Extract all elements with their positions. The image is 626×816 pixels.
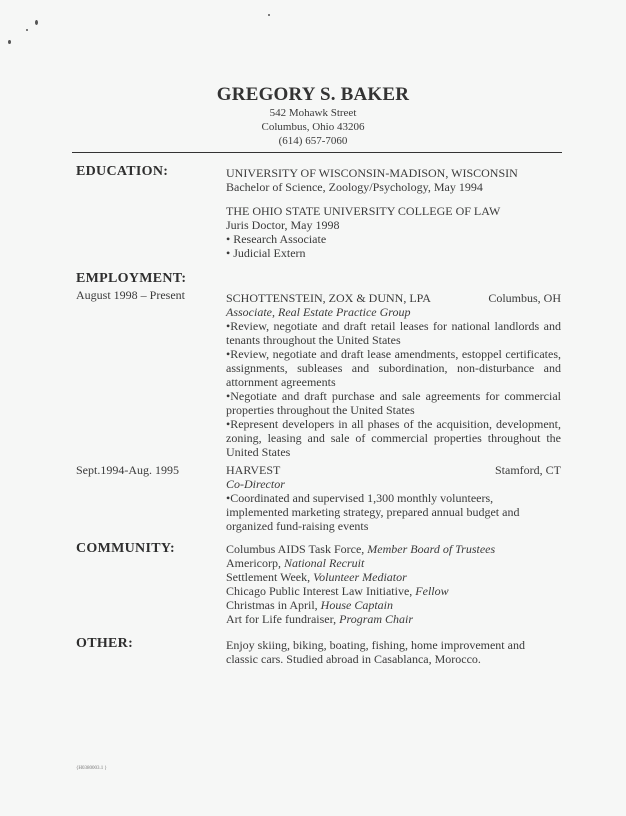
scan-speck [8,40,11,44]
community-list: Columbus AIDS Task Force, Member Board o… [226,542,561,626]
section-title-other: OTHER: [76,636,133,652]
job-role: Associate, Real Estate Practice Group [226,305,561,319]
candidate-name: GREGORY S. BAKER [0,84,626,106]
job-bullet: •Review, negotiate and draft lease amend… [226,347,561,389]
section-title-education: EDUCATION: [76,164,168,180]
resume-header: GREGORY S. BAKER 542 Mohawk Street Colum… [0,84,626,148]
education-block: UNIVERSITY OF WISCONSIN-MADISON, WISCONS… [226,166,561,260]
scan-speck [26,29,28,31]
employer-name: HARVEST [226,463,280,477]
community-item: Art for Life fundraiser, Program Chair [226,612,561,626]
community-item: Settlement Week, Volunteer Mediator [226,570,561,584]
document-code: {H0380003.1 } [76,766,107,771]
community-item: Christmas in April, House Captain [226,598,561,612]
job-location: Stamford, CT [495,463,561,477]
job-bullet: •Coordinated and supervised 1,300 monthl… [226,491,561,533]
school-name: THE OHIO STATE UNIVERSITY COLLEGE OF LAW [226,204,561,218]
school-name: UNIVERSITY OF WISCONSIN-MADISON, WISCONS… [226,166,561,180]
section-title-employment: EMPLOYMENT: [76,271,186,287]
job-dates: August 1998 – Present [76,288,185,303]
phone-number: (614) 657-7060 [0,134,626,148]
job-entry: SCHOTTENSTEIN, ZOX & DUNN, LPA Columbus,… [226,291,561,459]
job-bullet: •Negotiate and draft purchase and sale a… [226,389,561,417]
job-bullet: •Represent developers in all phases of t… [226,417,561,459]
scan-speck [268,14,270,16]
street-address: 542 Mohawk Street [0,106,626,120]
job-entry: HARVEST Stamford, CT Co-Director •Coordi… [226,463,561,533]
education-bullet: • Research Associate [226,232,561,246]
job-bullet: •Review, negotiate and draft retail leas… [226,319,561,347]
header-divider [72,152,562,153]
community-item: Columbus AIDS Task Force, Member Board o… [226,542,561,556]
job-role: Co-Director [226,477,561,491]
job-dates: Sept.1994-Aug. 1995 [76,463,179,478]
employer-name: SCHOTTENSTEIN, ZOX & DUNN, LPA [226,291,431,305]
city-state-zip: Columbus, Ohio 43206 [0,120,626,134]
community-item: Chicago Public Interest Law Initiative, … [226,584,561,598]
community-item: Americorp, National Recruit [226,556,561,570]
section-title-community: COMMUNITY: [76,541,175,557]
scan-speck [35,20,38,25]
school-degree: Juris Doctor, May 1998 [226,218,561,232]
education-bullet: • Judicial Extern [226,246,561,260]
job-location: Columbus, OH [488,291,561,305]
other-text: Enjoy skiing, biking, boating, fishing, … [226,638,561,666]
school-degree: Bachelor of Science, Zoology/Psychology,… [226,180,561,194]
